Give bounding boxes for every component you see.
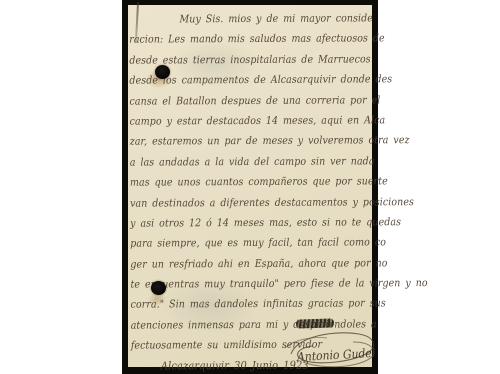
punch-hole <box>151 281 166 295</box>
handwritten-line: zar, estaremos un par de meses y volvere… <box>130 131 348 153</box>
signature-block: Antonio Gudel <box>283 328 378 372</box>
handwritten-line: van destinados a diferentes destacamento… <box>130 192 348 214</box>
handwritten-line: ger un resfriado ahi en España, ahora qu… <box>130 253 348 275</box>
handwritten-line: corra." Sin mas dandoles infinitas graci… <box>131 294 349 316</box>
handwritten-text: Muy Sis. mios y de mi mayor conside raci… <box>129 8 373 374</box>
handwritten-line: racion: Les mando mis saludos mas afectu… <box>129 29 347 51</box>
punch-hole <box>155 65 170 79</box>
handwritten-line: y asi otros 12 ó 14 meses mas, esto si n… <box>130 212 348 234</box>
handwritten-line: para siempre, que es muy facil, tan faci… <box>130 233 348 255</box>
handwritten-line: a las andadas a la vida del campo sin ve… <box>130 151 348 173</box>
handwritten-line: campo y estar destacados 14 meses, aqui … <box>130 110 348 132</box>
letter-photograph: Muy Sis. mios y de mi mayor conside raci… <box>0 0 500 374</box>
handwritten-line: cansa el Batallon despues de una correri… <box>129 90 347 112</box>
handwritten-line: Muy Sis. mios y de mi mayor conside <box>129 8 347 30</box>
handwritten-line: mas que unos cuantos compañeros que por … <box>130 172 348 194</box>
